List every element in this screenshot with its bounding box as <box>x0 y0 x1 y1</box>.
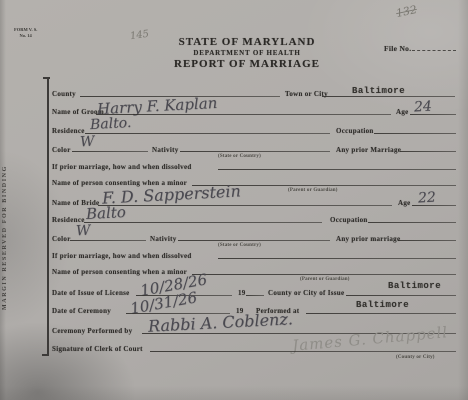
performed-by-label: Ceremony Performed by <box>52 327 132 335</box>
ceremony-date-label: Date of Ceremony <box>52 307 111 315</box>
groom-nativity-sublabel: (State or Country) <box>218 154 261 159</box>
field-line <box>306 313 456 314</box>
binding-rule-line <box>47 78 49 356</box>
field-line <box>72 151 148 152</box>
groom-occupation-label: Occupation <box>336 127 374 135</box>
bride-consent-label: Name of person consenting when a minor <box>52 268 187 276</box>
form-code-line1: FORM V. S. <box>14 27 37 32</box>
field-line <box>192 274 456 275</box>
town-or-city-value: Baltimore <box>352 86 405 96</box>
file-no-line <box>412 50 456 51</box>
groom-nativity-label: Nativity <box>152 146 179 154</box>
field-line <box>85 133 330 134</box>
bride-occupation-label: Occupation <box>330 216 368 224</box>
binding-rule-bottom-tick <box>42 354 49 356</box>
form-code-print: FORM V. S.No. 14 <box>14 27 37 39</box>
field-line <box>180 151 330 152</box>
field-line <box>218 258 456 259</box>
bride-color-label: Color <box>52 235 71 243</box>
field-line <box>84 222 322 223</box>
file-no-label: File No. <box>384 44 411 53</box>
groom-age-handwritten: 24 <box>414 99 433 116</box>
field-line <box>400 151 456 152</box>
field-line <box>322 96 455 97</box>
field-line <box>398 240 456 241</box>
license-place-value: Baltimore <box>388 281 441 291</box>
header-department: DEPARTMENT OF HEALTH <box>158 49 336 57</box>
field-line <box>150 351 456 352</box>
form-code-line2: No. 14 <box>20 33 32 38</box>
groom-color-handwritten: W <box>80 134 95 151</box>
field-line <box>178 240 330 241</box>
bride-color-handwritten: W <box>76 223 91 240</box>
groom-consent-sublabel: (Parent or Guardian) <box>288 188 338 193</box>
bride-consent-sublabel: (Parent or Guardian) <box>300 277 350 282</box>
field-line <box>374 133 456 134</box>
field-line <box>368 222 456 223</box>
bride-age-label: Age <box>398 199 411 207</box>
binding-rule-top-tick <box>43 77 50 79</box>
groom-dissolved-label: If prior marriage, how and when dissolve… <box>52 163 192 171</box>
field-line <box>218 169 456 170</box>
groom-age-label: Age <box>396 108 409 116</box>
bride-prior-marriage-label: Any prior marriage <box>336 235 400 243</box>
field-line <box>410 114 456 115</box>
bride-nativity-sublabel: (State or Country) <box>218 243 261 248</box>
binding-margin-note: MARGIN RESERVED FOR BINDING <box>2 128 8 348</box>
groom-color-label: Color <box>52 146 71 154</box>
header-title: REPORT OF MARRIAGE <box>158 58 336 70</box>
field-line <box>246 295 264 296</box>
field-line <box>412 205 456 206</box>
bride-age-handwritten: 22 <box>418 190 437 207</box>
clerk-signature-label: Signature of Clerk of Court <box>52 345 143 353</box>
groom-residence-handwritten: Balto. <box>90 115 132 133</box>
bride-residence-handwritten: Balto <box>86 203 127 223</box>
pencil-corner-number: 132 <box>395 3 418 20</box>
bride-nativity-label: Nativity <box>150 235 177 243</box>
field-line <box>96 114 391 115</box>
header-state: STATE OF MARYLAND <box>158 36 336 48</box>
license-year-prefix: 19 <box>238 289 246 297</box>
license-place-label: County or City of Issue <box>268 289 344 297</box>
ceremony-place-value: Baltimore <box>356 300 409 310</box>
field-line <box>70 240 146 241</box>
clerk-sublabel: (County or City) <box>396 355 435 360</box>
license-date-label: Date of Issue of License <box>52 289 130 297</box>
pencil-page-number: 145 <box>129 29 149 43</box>
field-line <box>346 295 456 296</box>
county-label: County <box>52 90 76 98</box>
field-line <box>98 205 392 206</box>
scanned-marriage-report-page: FORM V. S.No. 14 MARGIN RESERVED FOR BIN… <box>0 0 468 400</box>
groom-prior-marriage-label: Any prior Marriage <box>336 146 401 154</box>
bride-dissolved-label: If prior marriage, how and when dissolve… <box>52 252 192 260</box>
